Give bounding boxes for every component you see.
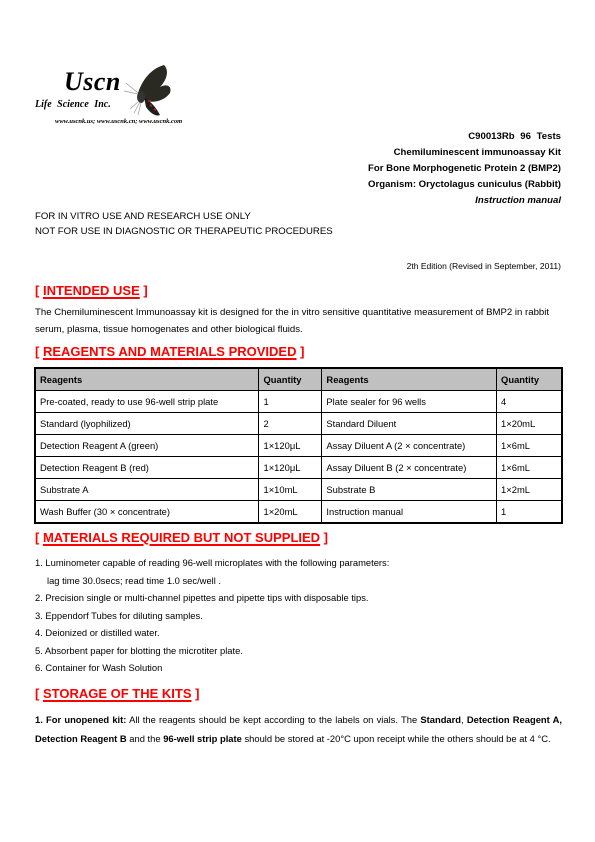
table-row: Standard (lyophilized) 2 Standard Diluen… — [36, 413, 562, 435]
quantity-cell: 1×6mL — [497, 457, 562, 479]
quantity-cell: 1×120μL — [259, 435, 322, 457]
intended-use-text: The Chemiluminescent Immunoassay kit is … — [35, 304, 562, 338]
reagent-cell: Plate sealer for 96 wells — [322, 391, 497, 413]
reagent-cell: Instruction manual — [322, 501, 497, 523]
edition-info: 2th Edition (Revised in September, 2011) — [407, 261, 561, 271]
section-heading-materials-required: [ MATERIALS REQUIRED BUT NOT SUPPLIED ] — [35, 530, 328, 545]
header-reagents: Reagents — [36, 369, 259, 391]
storage-text: 1. For unopened kit: All the reagents sh… — [35, 710, 562, 748]
reagent-cell: Substrate A — [36, 479, 259, 501]
logo-urls: www.uscnk.us; www.uscnk.cn; www.uscnk.co… — [55, 118, 182, 125]
kit-type: Chemiluminescent immunoassay Kit — [394, 147, 561, 158]
header-quantity: Quantity — [259, 369, 322, 391]
quantity-cell: 1×20mL — [259, 501, 322, 523]
list-item: 4. Deionized or distilled water. — [35, 624, 389, 642]
reagent-cell: Detection Reagent B (red) — [36, 457, 259, 479]
quantity-cell: 1×2mL — [497, 479, 562, 501]
usage-notice-1: FOR IN VITRO USE AND RESEARCH USE ONLY — [35, 211, 251, 222]
reagent-cell: Assay Diluent A (2 × concentrate) — [322, 435, 497, 457]
logo-subtitle: Life Science Inc. — [35, 99, 111, 110]
quantity-cell: 1×6mL — [497, 435, 562, 457]
list-item: 2. Precision single or multi-channel pip… — [35, 589, 389, 607]
document-type: Instruction manual — [475, 195, 561, 206]
list-item-continuation: lag time 30.0secs; read time 1.0 sec/wel… — [35, 572, 389, 590]
table-row: Detection Reagent A (green) 1×120μL Assa… — [36, 435, 562, 457]
quantity-cell: 1 — [259, 391, 322, 413]
list-item: 5. Absorbent paper for blotting the micr… — [35, 642, 389, 660]
reagent-cell: Substrate B — [322, 479, 497, 501]
catalog-number: C90013Rb 96 Tests — [468, 131, 561, 142]
table-row: Detection Reagent B (red) 1×120μL Assay … — [36, 457, 562, 479]
quantity-cell: 4 — [497, 391, 562, 413]
quantity-cell: 1×120μL — [259, 457, 322, 479]
reagent-cell: Wash Buffer (30 × concentrate) — [36, 501, 259, 523]
section-heading-reagents: [ REAGENTS AND MATERIALS PROVIDED ] — [35, 344, 304, 359]
quantity-cell: 1×20mL — [497, 413, 562, 435]
quantity-cell: 1 — [497, 501, 562, 523]
list-item: 1. Luminometer capable of reading 96-wel… — [35, 554, 389, 572]
table-row: Wash Buffer (30 × concentrate) 1×20mL In… — [36, 501, 562, 523]
usage-notice-2: NOT FOR USE IN DIAGNOSTIC OR THERAPEUTIC… — [35, 226, 333, 237]
list-item: 3. Eppendorf Tubes for diluting samples. — [35, 607, 389, 625]
header-reagents: Reagents — [322, 369, 497, 391]
header-quantity: Quantity — [497, 369, 562, 391]
section-heading-intended-use: [ INTENDED USE ] — [35, 283, 148, 298]
section-heading-storage: [ STORAGE OF THE KITS ] — [35, 686, 199, 701]
quantity-cell: 1×10mL — [259, 479, 322, 501]
organism: Organism: Oryctolagus cuniculus (Rabbit) — [368, 179, 561, 190]
reagents-table: Reagents Quantity Reagents Quantity Pre-… — [35, 368, 562, 523]
table-row: Substrate A 1×10mL Substrate B 1×2mL — [36, 479, 562, 501]
target-protein: For Bone Morphogenetic Protein 2 (BMP2) — [368, 163, 561, 174]
list-item: 6. Container for Wash Solution — [35, 659, 389, 677]
reagent-cell: Standard Diluent — [322, 413, 497, 435]
quantity-cell: 2 — [259, 413, 322, 435]
reagent-cell: Pre-coated, ready to use 96-well strip p… — [36, 391, 259, 413]
storage-lead: 1. For unopened kit: — [35, 714, 126, 725]
materials-list: 1. Luminometer capable of reading 96-wel… — [35, 554, 389, 677]
reagent-cell: Assay Diluent B (2 × concentrate) — [322, 457, 497, 479]
table-row: Pre-coated, ready to use 96-well strip p… — [36, 391, 562, 413]
butterfly-logo-icon — [120, 63, 172, 118]
reagent-cell: Detection Reagent A (green) — [36, 435, 259, 457]
table-header-row: Reagents Quantity Reagents Quantity — [36, 369, 562, 391]
logo-brand: Uscn — [64, 67, 121, 97]
reagent-cell: Standard (lyophilized) — [36, 413, 259, 435]
